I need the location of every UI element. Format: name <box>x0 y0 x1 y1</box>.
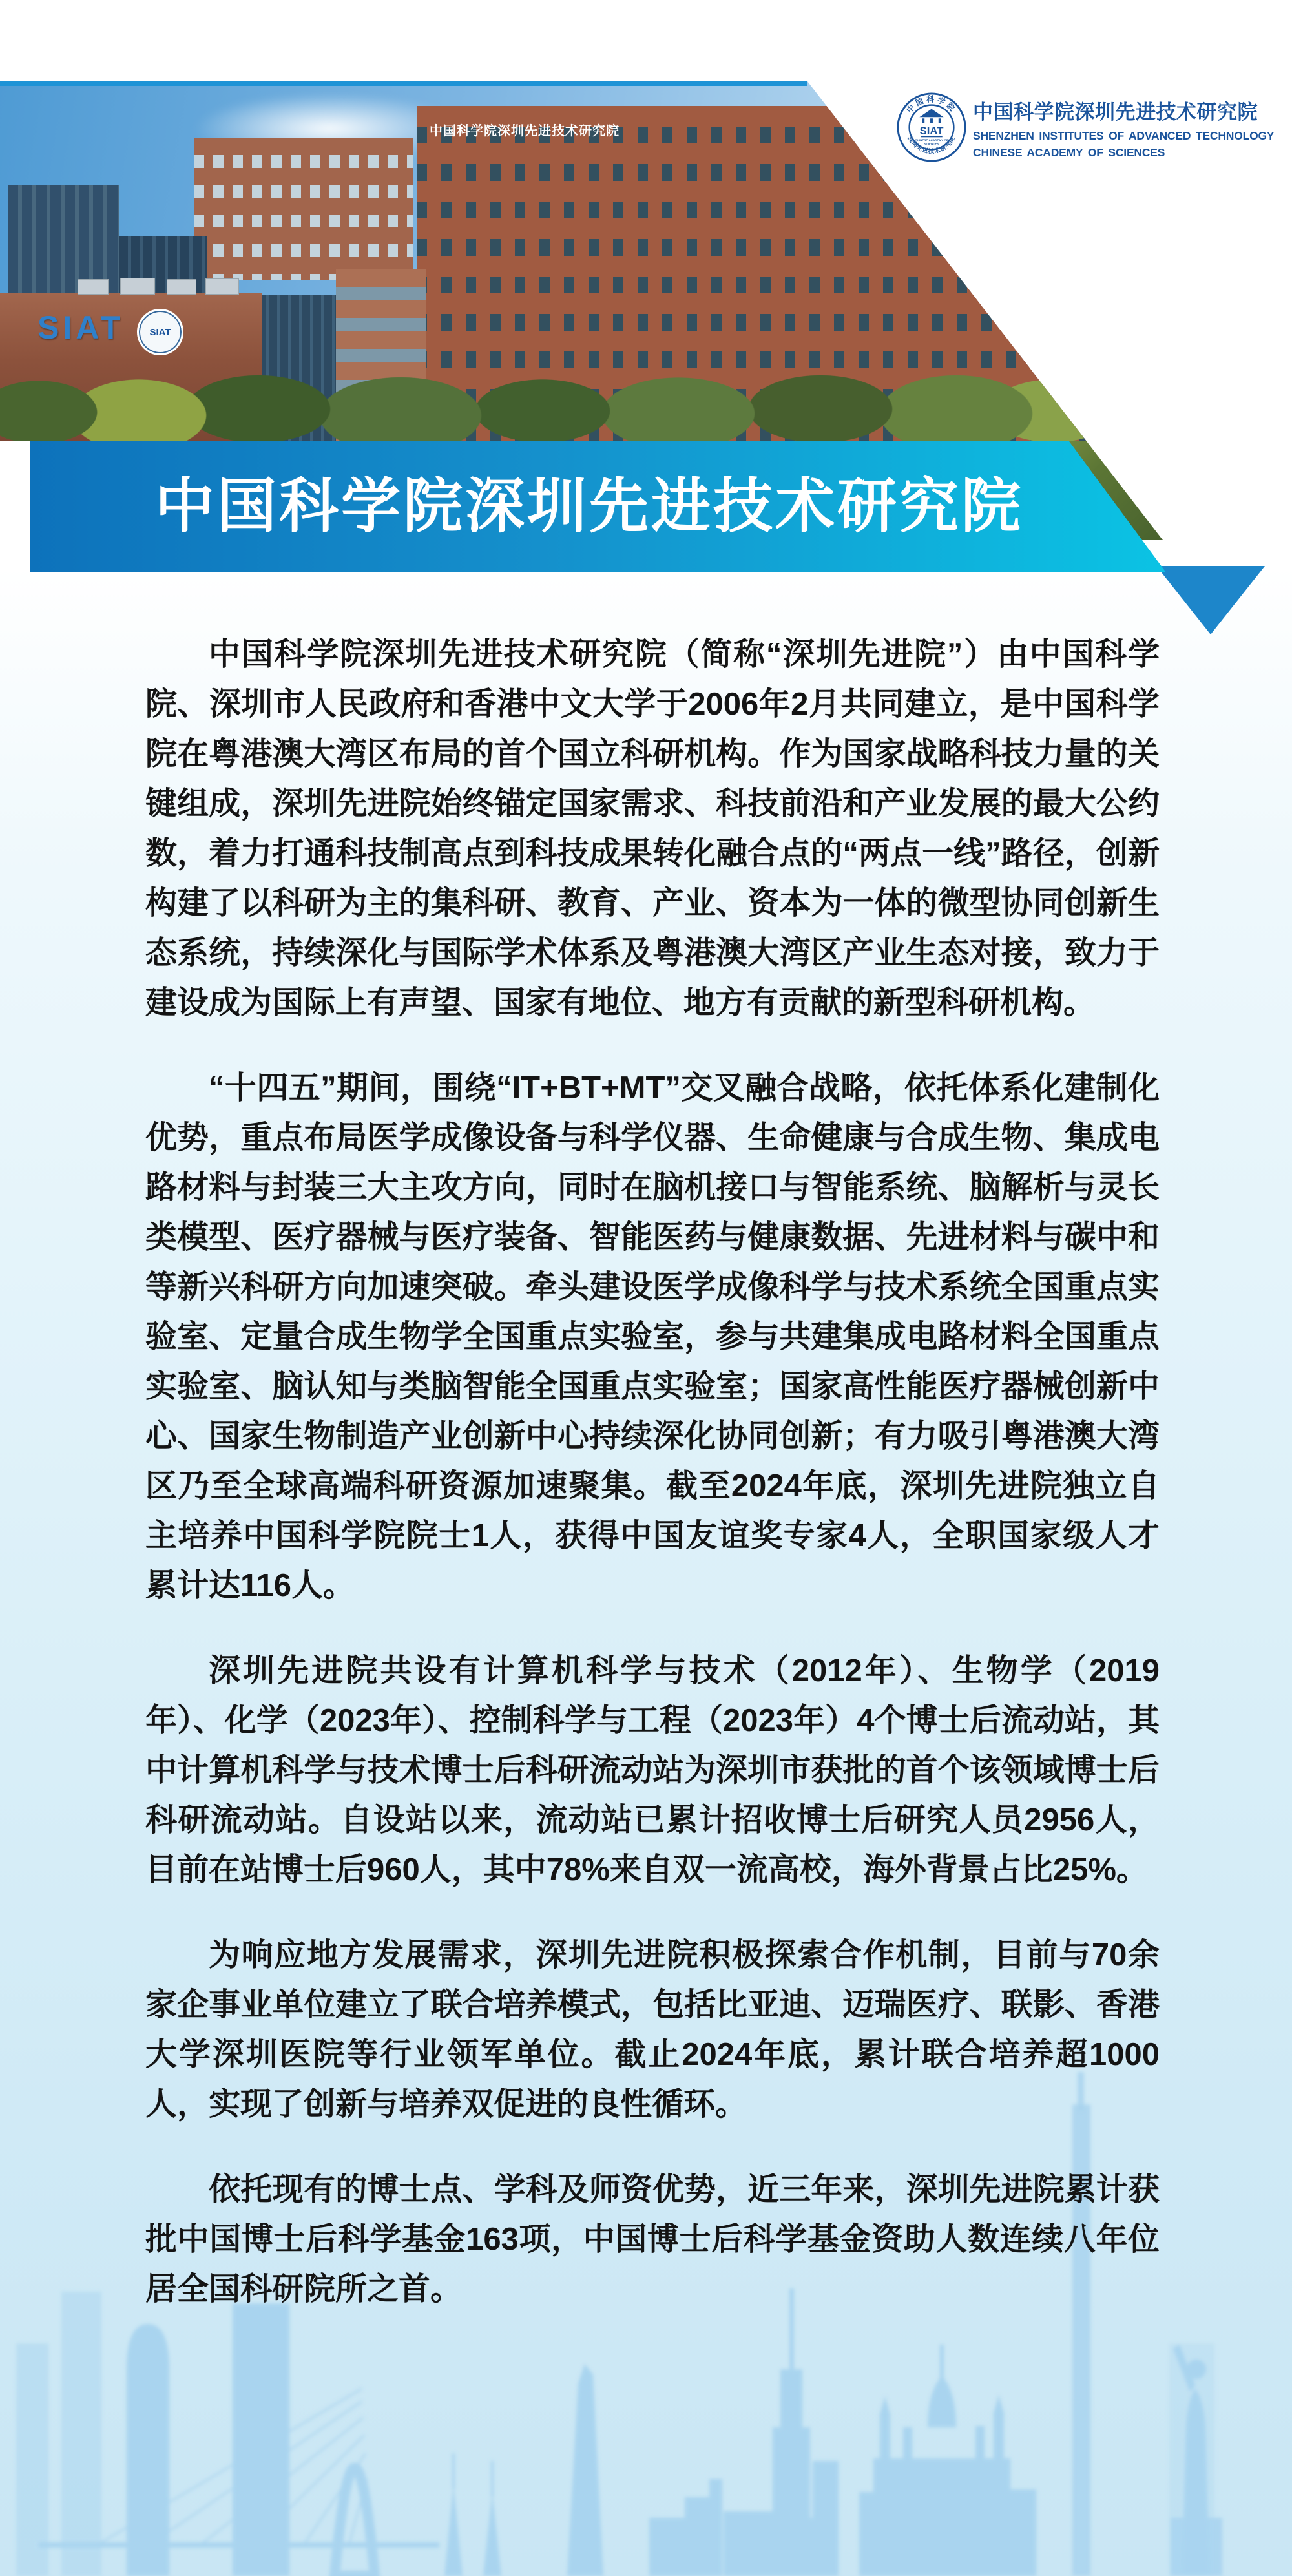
rooftop-unit <box>78 279 109 295</box>
emblem-sub-text-2: SCIENCES <box>924 142 939 145</box>
paragraph-2: “十四五”期间，围绕“IT+BT+MT”交叉融合战略，依托体系化建制化优势，重点… <box>145 1063 1160 1611</box>
paragraph-5: 依托现有的博士点、学科及师资优势，近三年来，深圳先进院累计获批中国博士后科学基金… <box>145 2165 1160 2314</box>
rooftop-unit <box>205 278 239 295</box>
rooftop-unit <box>167 279 196 295</box>
paragraph-1: 中国科学院深圳先进技术研究院（简称“深圳先进院”）由中国科学院、深圳市人民政府和… <box>145 630 1160 1028</box>
building-caption-text: 中国科学院深圳先进技术研究院 <box>430 120 620 139</box>
trees <box>0 373 1092 442</box>
rooftop-unit <box>120 278 155 295</box>
photo-top-accent-line <box>0 81 807 86</box>
siat-wall-emblem: SIAT <box>137 309 183 355</box>
emblem-sub-text-1: CHINESE ACADEMY OF <box>915 139 948 142</box>
org-name-chinese: 中国科学院深圳先进技术研究院 <box>973 96 1274 125</box>
poster-page: 中国科学院深圳先进技术研究院 SIAT SIAT 中国科学院深圳先进技术研究院 … <box>0 0 1292 2576</box>
siat-emblem-icon: 中国科学院 深圳先进技术研究院 SIAT CHINESE ACADEMY OF … <box>897 92 966 162</box>
title-banner: 中国科学院深圳先进技术研究院 <box>30 441 1166 572</box>
paragraph-4: 为响应地方发展需求，深圳先进院积极探索合作机制，目前与70余家企事业单位建立了联… <box>145 1931 1160 2130</box>
body-text: 中国科学院深圳先进技术研究院（简称“深圳先进院”）由中国科学院、深圳市人民政府和… <box>145 630 1160 2314</box>
siat-wall-text: SIAT <box>37 309 124 346</box>
org-name-english-1: SHENZHEN INSTITUTES OF ADVANCED TECHNOLO… <box>973 129 1274 143</box>
siat-wall-emblem-text: SIAT <box>149 327 171 338</box>
emblem-acronym-text: SIAT <box>920 125 944 137</box>
page-title: 中国科学院深圳先进技术研究院 <box>30 441 1166 572</box>
building-back <box>194 138 413 280</box>
org-name-english-2: CHINESE ACADEMY OF SCIENCES <box>973 146 1274 160</box>
banner-arrow-triangle <box>1156 566 1265 634</box>
siat-logo-header: 中国科学院深圳先进技术研究院 SHENZHEN INSTITUTES OF AD… <box>973 96 1274 160</box>
paragraph-3: 深圳先进院共设有计算机科学与技术（2012年）、生物学（2019年）、化学（20… <box>145 1646 1160 1895</box>
